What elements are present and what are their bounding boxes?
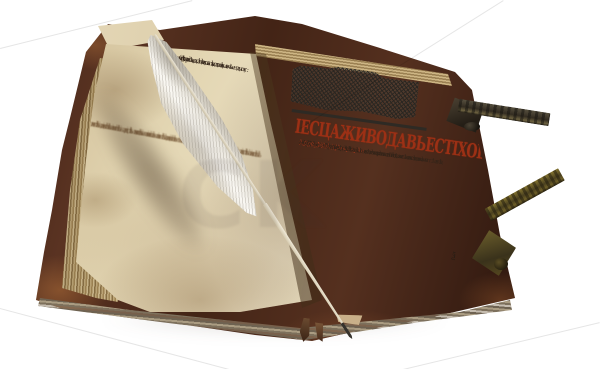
photo-canvas: ■ ж.ѣ.жи́вѧ , зѣшѧ . ѧвѣж знамѧ прѣдѣдѧ … [0,0,600,369]
watermark-letters: CK [178,142,329,249]
clasp-bottom-knob [494,258,508,270]
clasp-top-knob [464,122,480,131]
clasp-bottom-strap [485,168,565,221]
page-signature-mark: ѯ [451,250,456,261]
